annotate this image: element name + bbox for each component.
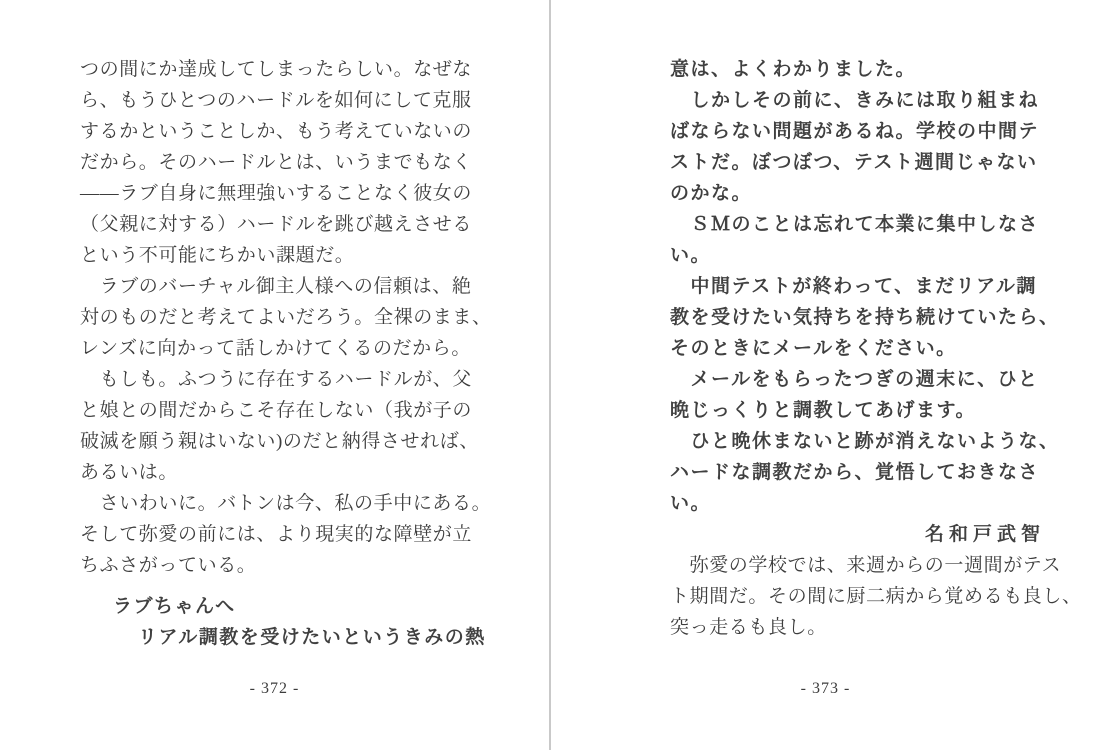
text-line: だから。そのハードルとは、いうまでもなく [80, 147, 473, 178]
letter-body-line: ストだ。ぼつぼつ、テスト週間じゃない [670, 147, 1045, 178]
text-line: もしも。ふつうに存在するハードルが、父 [80, 364, 473, 395]
left-page-text: つの間にか達成してしまったらしい。なぜな ら、もうひとつのハードルを如何にして克… [0, 0, 473, 653]
letter-body-line: 中間テストが終わって、まだリアル調 [670, 271, 1045, 302]
letter-body-line: ひと晩休まないと跡が消えないような、 [670, 426, 1045, 457]
text-line: レンズに向かって話しかけてくるのだから。 [80, 333, 473, 364]
text-line: ――ラブ自身に無理強いすることなく彼女の [80, 178, 473, 209]
letter-body-line: 教を受けたい気持ちを持ち続けていたら、 [670, 302, 1045, 333]
text-line: （父親に対する）ハードルを跳び越えさせる [80, 209, 473, 240]
text-line: 弥愛の学校では、来週からの一週間がテス [670, 550, 1045, 581]
page-number-left: - 372 - [0, 680, 549, 698]
left-page: つの間にか達成してしまったらしい。なぜな ら、もうひとつのハードルを如何にして克… [0, 0, 549, 750]
right-page-text: 意は、よくわかりました。 しかしその前に、きみには取り組まね ばならない問題があ… [551, 0, 1045, 643]
text-line: そして弥愛の前には、より現実的な障壁が立 [80, 519, 473, 550]
book-spread: つの間にか達成してしまったらしい。なぜな ら、もうひとつのハードルを如何にして克… [0, 0, 1100, 750]
page-number-right: - 373 - [551, 680, 1100, 698]
text-line: ちふさがっている。 [80, 550, 473, 581]
text-line: 突っ走るも良し。 [670, 612, 1045, 643]
text-line: あるいは。 [80, 457, 473, 488]
letter-body-line: ばならない問題があるね。学校の中間テ [670, 116, 1045, 147]
text-line: と娘との間だからこそ存在しない（我が子の [80, 395, 473, 426]
letter-body-line: リアル調教を受けたいというきみの熱 [80, 622, 473, 653]
letter-body-line: 意は、よくわかりました。 [670, 54, 1045, 85]
right-page: 意は、よくわかりました。 しかしその前に、きみには取り組まね ばならない問題があ… [551, 0, 1100, 750]
letter-body-line: 晩じっくりと調教してあげます。 [670, 395, 1045, 426]
text-line: するかということしか、もう考えていないの [80, 116, 473, 147]
letter-body-line: メールをもらったつぎの週末に、ひと [670, 364, 1045, 395]
text-line: ラブのバーチャル御主人様への信頼は、絶 [80, 271, 473, 302]
text-line: つの間にか達成してしまったらしい。なぜな [80, 54, 473, 85]
letter-body-line: い。 [670, 240, 1045, 271]
letter-body-line: のかな。 [670, 178, 1045, 209]
text-line: という不可能にちかい課題だ。 [80, 240, 473, 271]
letter-body-line: ハードな調教だから、覚悟しておきなさ [670, 457, 1045, 488]
letter-body-line: い。 [670, 488, 1045, 519]
letter-body-line: しかしその前に、きみには取り組まね [670, 85, 1045, 116]
text-line: ら、もうひとつのハードルを如何にして克服 [80, 85, 473, 116]
letter-excerpt: ラブちゃんへ リアル調教を受けたいというきみの熱 [80, 591, 473, 653]
letter-salutation-line: ラブちゃんへ [80, 591, 473, 622]
text-line: 破滅を願う親はいない)のだと納得させれば、 [80, 426, 473, 457]
letter-body-line: そのときにメールをください。 [670, 333, 1045, 364]
text-line: さいわいに。バトンは今、私の手中にある。 [80, 488, 473, 519]
text-line: 対のものだと考えてよいだろう。全裸のまま、 [80, 302, 473, 333]
text-line: ト期間だ。その間に厨二病から覚めるも良し、 [670, 581, 1045, 612]
letter-signature: 名和戸武智 [670, 519, 1045, 550]
letter-body-line: ＳＭのことは忘れて本業に集中しなさ [670, 209, 1045, 240]
